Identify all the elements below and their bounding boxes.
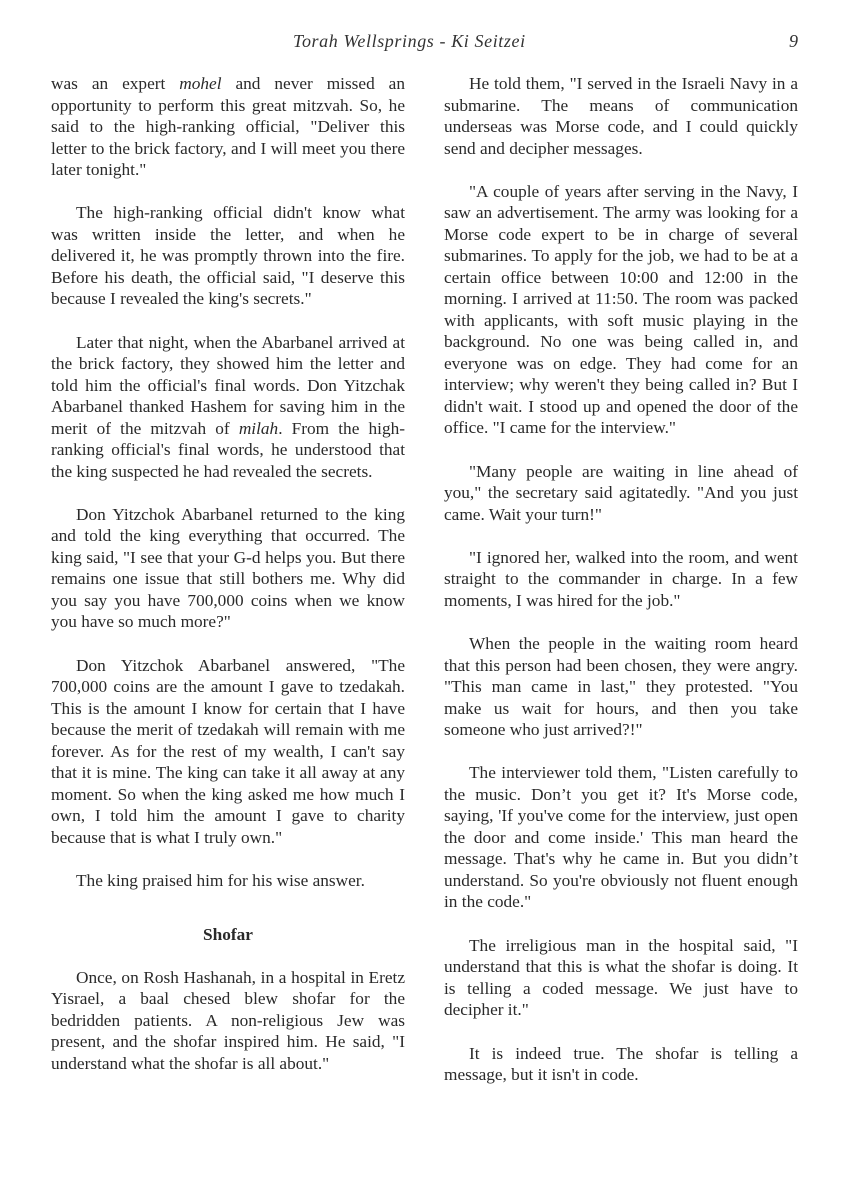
paragraph: "Many people are waiting in line ahead o… (444, 461, 798, 526)
italic-term: milah (239, 419, 278, 438)
italic-term: mohel (179, 74, 221, 93)
paragraph: Don Yitzchok Abarbanel answered, "The 70… (51, 655, 405, 849)
paragraph: It is indeed true. The shofar is telling… (444, 1043, 798, 1086)
paragraph: The irreligious man in the hospital said… (444, 935, 798, 1021)
page-number: 9 (789, 31, 798, 52)
paragraph: The high-ranking official didn't know wh… (51, 202, 405, 310)
right-column: He told them, "I served in the Israeli N… (444, 73, 798, 1107)
running-header: Torah Wellsprings - Ki Seitzei 9 (293, 31, 798, 55)
book-title: Torah Wellsprings - Ki Seitzei (293, 31, 526, 52)
paragraph: Later that night, when the Abarbanel arr… (51, 332, 405, 483)
paragraph: "I ignored her, walked into the room, an… (444, 547, 798, 612)
paragraph: When the people in the waiting room hear… (444, 633, 798, 741)
paragraph: Once, on Rosh Hashanah, in a hospital in… (51, 967, 405, 1075)
paragraph: The king praised him for his wise answer… (51, 870, 405, 892)
section-heading: Shofar (51, 924, 405, 946)
paragraph: He told them, "I served in the Israeli N… (444, 73, 798, 159)
paragraph: was an expert mohel and never missed an … (51, 73, 405, 181)
paragraph: The interviewer told them, "Listen caref… (444, 762, 798, 913)
text-run: was an expert (51, 74, 179, 93)
paragraph: Don Yitzchok Abarbanel returned to the k… (51, 504, 405, 633)
paragraph: "A couple of years after serving in the … (444, 181, 798, 439)
left-column: was an expert mohel and never missed an … (51, 73, 405, 1096)
